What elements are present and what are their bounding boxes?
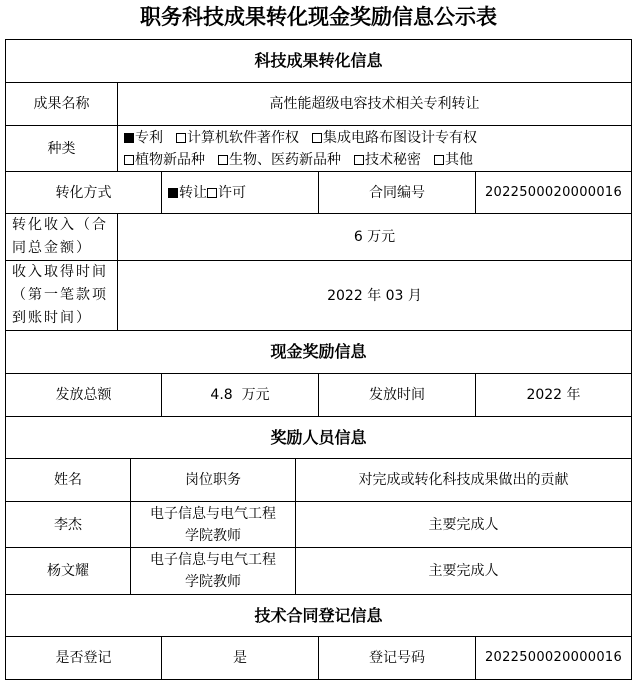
type-option-software[interactable]: 计算机软件著作权 <box>176 130 299 146</box>
checkbox-checked-icon <box>168 188 178 198</box>
header-position: 岗位职务 <box>131 459 296 502</box>
person-position: 电子信息与电气工程 学院教师 <box>131 502 296 548</box>
type-option-plant[interactable]: 植物新品种 <box>124 152 205 168</box>
cash-total-label: 发放总额 <box>6 374 162 417</box>
registered-value: 是 <box>162 637 319 680</box>
section-persons: 奖励人员信息 <box>6 417 632 459</box>
contract-no-label: 合同编号 <box>319 172 476 214</box>
checkbox-checked-icon <box>124 133 134 143</box>
method-option-license[interactable]: 许可 <box>207 185 246 201</box>
checkbox-icon <box>312 133 322 143</box>
disclosure-table: 科技成果转化信息 成果名称 高性能超级电容技术相关专利转让 种类 专利计算机软件… <box>5 39 632 680</box>
checkbox-icon <box>207 188 217 198</box>
person-name: 李杰 <box>6 502 131 548</box>
section-contract: 技术合同登记信息 <box>6 595 632 637</box>
person-contribution: 主要完成人 <box>296 502 632 548</box>
checkbox-icon <box>124 155 134 165</box>
cash-time-label: 发放时间 <box>319 374 476 417</box>
type-label: 种类 <box>6 126 118 172</box>
type-option-other[interactable]: 其他 <box>434 152 473 168</box>
person-contribution: 主要完成人 <box>296 548 632 595</box>
reg-no-value: 2022500020000016 <box>476 637 632 680</box>
checkbox-icon <box>354 155 364 165</box>
cash-total-value: 4.8 万元 <box>162 374 319 417</box>
type-option-ic-layout[interactable]: 集成电路布图设计专有权 <box>312 130 477 146</box>
cash-time-value: 2022 年 <box>476 374 632 417</box>
method-label: 转化方式 <box>6 172 162 214</box>
achievement-name-label: 成果名称 <box>6 83 118 126</box>
method-options: 转让许可 <box>162 172 319 214</box>
reg-no-label: 登记号码 <box>319 637 476 680</box>
method-option-transfer[interactable]: 转让 <box>168 185 207 201</box>
checkbox-icon <box>218 155 228 165</box>
registered-label: 是否登记 <box>6 637 162 680</box>
type-option-bio-medicine[interactable]: 生物、医药新品种 <box>218 152 341 168</box>
section-cash: 现金奖励信息 <box>6 331 632 374</box>
person-row: 杨文耀 电子信息与电气工程 学院教师 主要完成人 <box>6 548 632 595</box>
header-contribution: 对完成或转化科技成果做出的贡献 <box>296 459 632 502</box>
income-value: 6 万元 <box>118 214 632 261</box>
section-tech: 科技成果转化信息 <box>6 40 632 83</box>
contract-no-value: 2022500020000016 <box>476 172 632 214</box>
header-name: 姓名 <box>6 459 131 502</box>
income-label: 转化收入（合 同总金额） <box>6 214 118 261</box>
achievement-name-value: 高性能超级电容技术相关专利转让 <box>118 83 632 126</box>
income-time-value: 2022 年 03 月 <box>118 261 632 331</box>
person-position: 电子信息与电气工程 学院教师 <box>131 548 296 595</box>
checkbox-icon <box>176 133 186 143</box>
type-option-patent[interactable]: 专利 <box>124 130 163 146</box>
person-row: 李杰 电子信息与电气工程 学院教师 主要完成人 <box>6 502 632 548</box>
person-name: 杨文耀 <box>6 548 131 595</box>
income-time-label: 收入取得时间 （第一笔款项 到账时间） <box>6 261 118 331</box>
type-options: 专利计算机软件著作权集成电路布图设计专有权 植物新品种生物、医药新品种技术秘密其… <box>118 126 632 172</box>
type-option-tech-secret[interactable]: 技术秘密 <box>354 152 421 168</box>
checkbox-icon <box>434 155 444 165</box>
page-title: 职务科技成果转化现金奖励信息公示表 <box>0 2 637 32</box>
